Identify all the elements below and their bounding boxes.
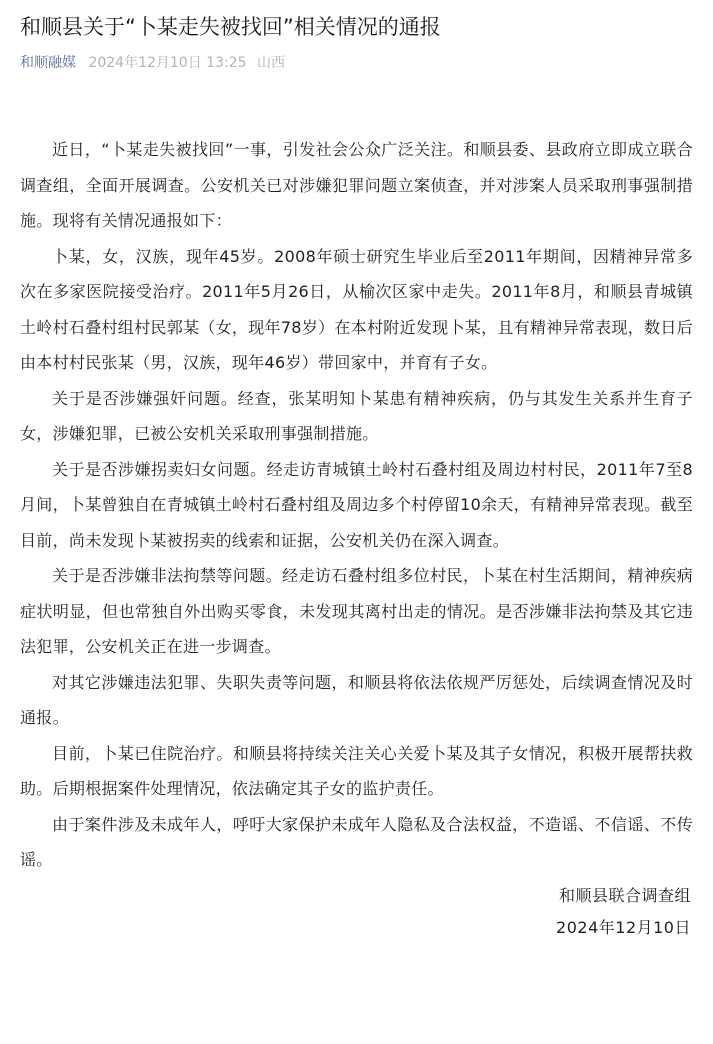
article-title: 和顺县关于“卜某走失被找回”相关情况的通报 — [20, 0, 693, 42]
publish-time: 2024年12月10日 13:25 — [88, 55, 246, 71]
signature-date: 2024年12月10日 — [20, 912, 691, 944]
paragraph-other-issues: 对其它涉嫌违法犯罪、失职失责等问题，和顺县将依法依规严厉惩处，后续调查情况及时通… — [20, 665, 693, 736]
paragraph-detention-question: 关于是否涉嫌非法拘禁等问题。经走访石叠村组多位村民，卜某在村生活期间，精神疾病症… — [20, 558, 693, 665]
article-meta: 和顺融媒 2024年12月10日 13:25 山西 — [20, 52, 693, 74]
signature-block: 和顺县联合调查组 2024年12月10日 — [20, 880, 693, 944]
signature-organization: 和顺县联合调查组 — [20, 880, 691, 912]
publish-location: 山西 — [257, 55, 285, 71]
paragraph-background: 卜某，女，汉族，现年45岁。2008年硕士研究生毕业后至2011年期间，因精神异… — [20, 239, 693, 381]
paragraph-trafficking-question: 关于是否涉嫌拐卖妇女问题。经走访青城镇土岭村石叠村组及周边村村民，2011年7至… — [20, 452, 693, 559]
source-account-link[interactable]: 和顺融媒 — [20, 55, 76, 71]
paragraph-current-status: 目前，卜某已住院治疗。和顺县将持续关注关心关爱卜某及其子女情况，积极开展帮扶救助… — [20, 736, 693, 807]
article: 和顺县关于“卜某走失被找回”相关情况的通报 和顺融媒 2024年12月10日 1… — [0, 0, 713, 944]
paragraph-privacy-appeal: 由于案件涉及未成年人，呼吁大家保护未成年人隐私及合法权益，不造谣、不信谣、不传谣… — [20, 807, 693, 878]
article-body: 近日，“卜某走失被找回”一事，引发社会公众广泛关注。和顺县委、县政府立即成立联合… — [20, 132, 693, 878]
paragraph-rape-question: 关于是否涉嫌强奸问题。经查，张某明知卜某患有精神疾病，仍与其发生关系并生育子女，… — [20, 381, 693, 452]
paragraph-intro: 近日，“卜某走失被找回”一事，引发社会公众广泛关注。和顺县委、县政府立即成立联合… — [20, 132, 693, 239]
